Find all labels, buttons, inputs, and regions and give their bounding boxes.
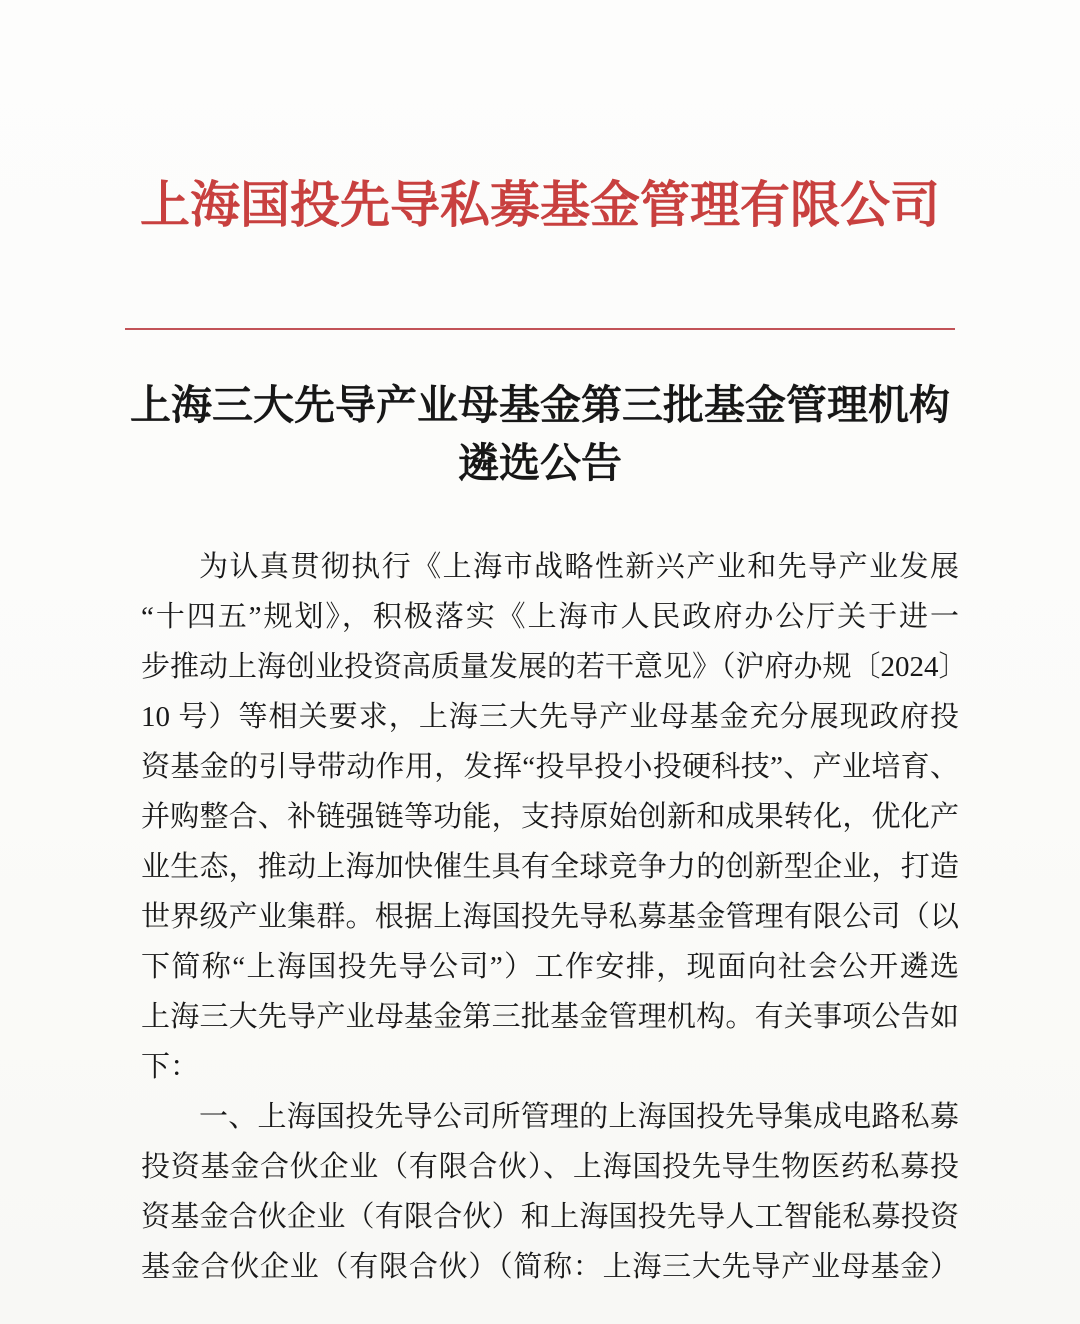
body-text-line: 一、上海国投先导公司所管理的上海国投先导集成电路私募 <box>141 1092 959 1142</box>
letterhead-divider-rule <box>125 328 955 330</box>
document-title: 上海三大先导产业母基金第三批基金管理机构 遴选公告 <box>0 376 1080 492</box>
body-text-line: 投资基金合伙企业（有限合伙）、上海国投先导生物医药私募投 <box>141 1142 959 1192</box>
body-text-line: 并购整合、补链强链等功能，支持原始创新和成果转化，优化产 <box>141 792 959 842</box>
body-paragraph: 为认真贯彻执行《上海市战略性新兴产业和先导产业发展“十四五”规划》，积极落实《上… <box>141 542 959 1092</box>
body-text-line: 为认真贯彻执行《上海市战略性新兴产业和先导产业发展 <box>141 542 959 592</box>
document-title-line-1: 上海三大先导产业母基金第三批基金管理机构 <box>0 376 1080 434</box>
body-text-line: “十四五”规划》，积极落实《上海市人民政府办公厅关于进一 <box>141 592 959 642</box>
body-text-line: 下简称“上海国投先导公司”）工作安排，现面向社会公开遴选 <box>141 942 959 992</box>
letterhead-company-name: 上海国投先导私募基金管理有限公司 <box>0 0 1080 238</box>
body-text-line: 业生态，推动上海加快催生具有全球竞争力的创新型企业，打造 <box>141 842 959 892</box>
document-body: 为认真贯彻执行《上海市战略性新兴产业和先导产业发展“十四五”规划》，积极落实《上… <box>141 542 959 1292</box>
body-text-line: 资基金的引导带动作用，发挥“投早投小投硬科技”、产业培育、 <box>141 742 959 792</box>
body-text-line: 步推动上海创业投资高质量发展的若干意见》（沪府办规〔2024〕 <box>141 642 959 692</box>
body-text-line: 基金合伙企业（有限合伙）（简称：上海三大先导产业母基金） <box>141 1242 959 1292</box>
body-paragraph: 一、上海国投先导公司所管理的上海国投先导集成电路私募投资基金合伙企业（有限合伙）… <box>141 1092 959 1292</box>
body-text-line: 上海三大先导产业母基金第三批基金管理机构。有关事项公告如 <box>141 992 959 1042</box>
document-title-line-2: 遴选公告 <box>0 434 1080 492</box>
body-text-line: 世界级产业集群。根据上海国投先导私募基金管理有限公司（以 <box>141 892 959 942</box>
body-text-line: 下： <box>141 1042 959 1092</box>
body-text-line: 资基金合伙企业（有限合伙）和上海国投先导人工智能私募投资 <box>141 1192 959 1242</box>
body-text-line: 10 号）等相关要求，上海三大先导产业母基金充分展现政府投 <box>141 692 959 742</box>
document-page: 上海国投先导私募基金管理有限公司 上海三大先导产业母基金第三批基金管理机构 遴选… <box>0 0 1080 1324</box>
